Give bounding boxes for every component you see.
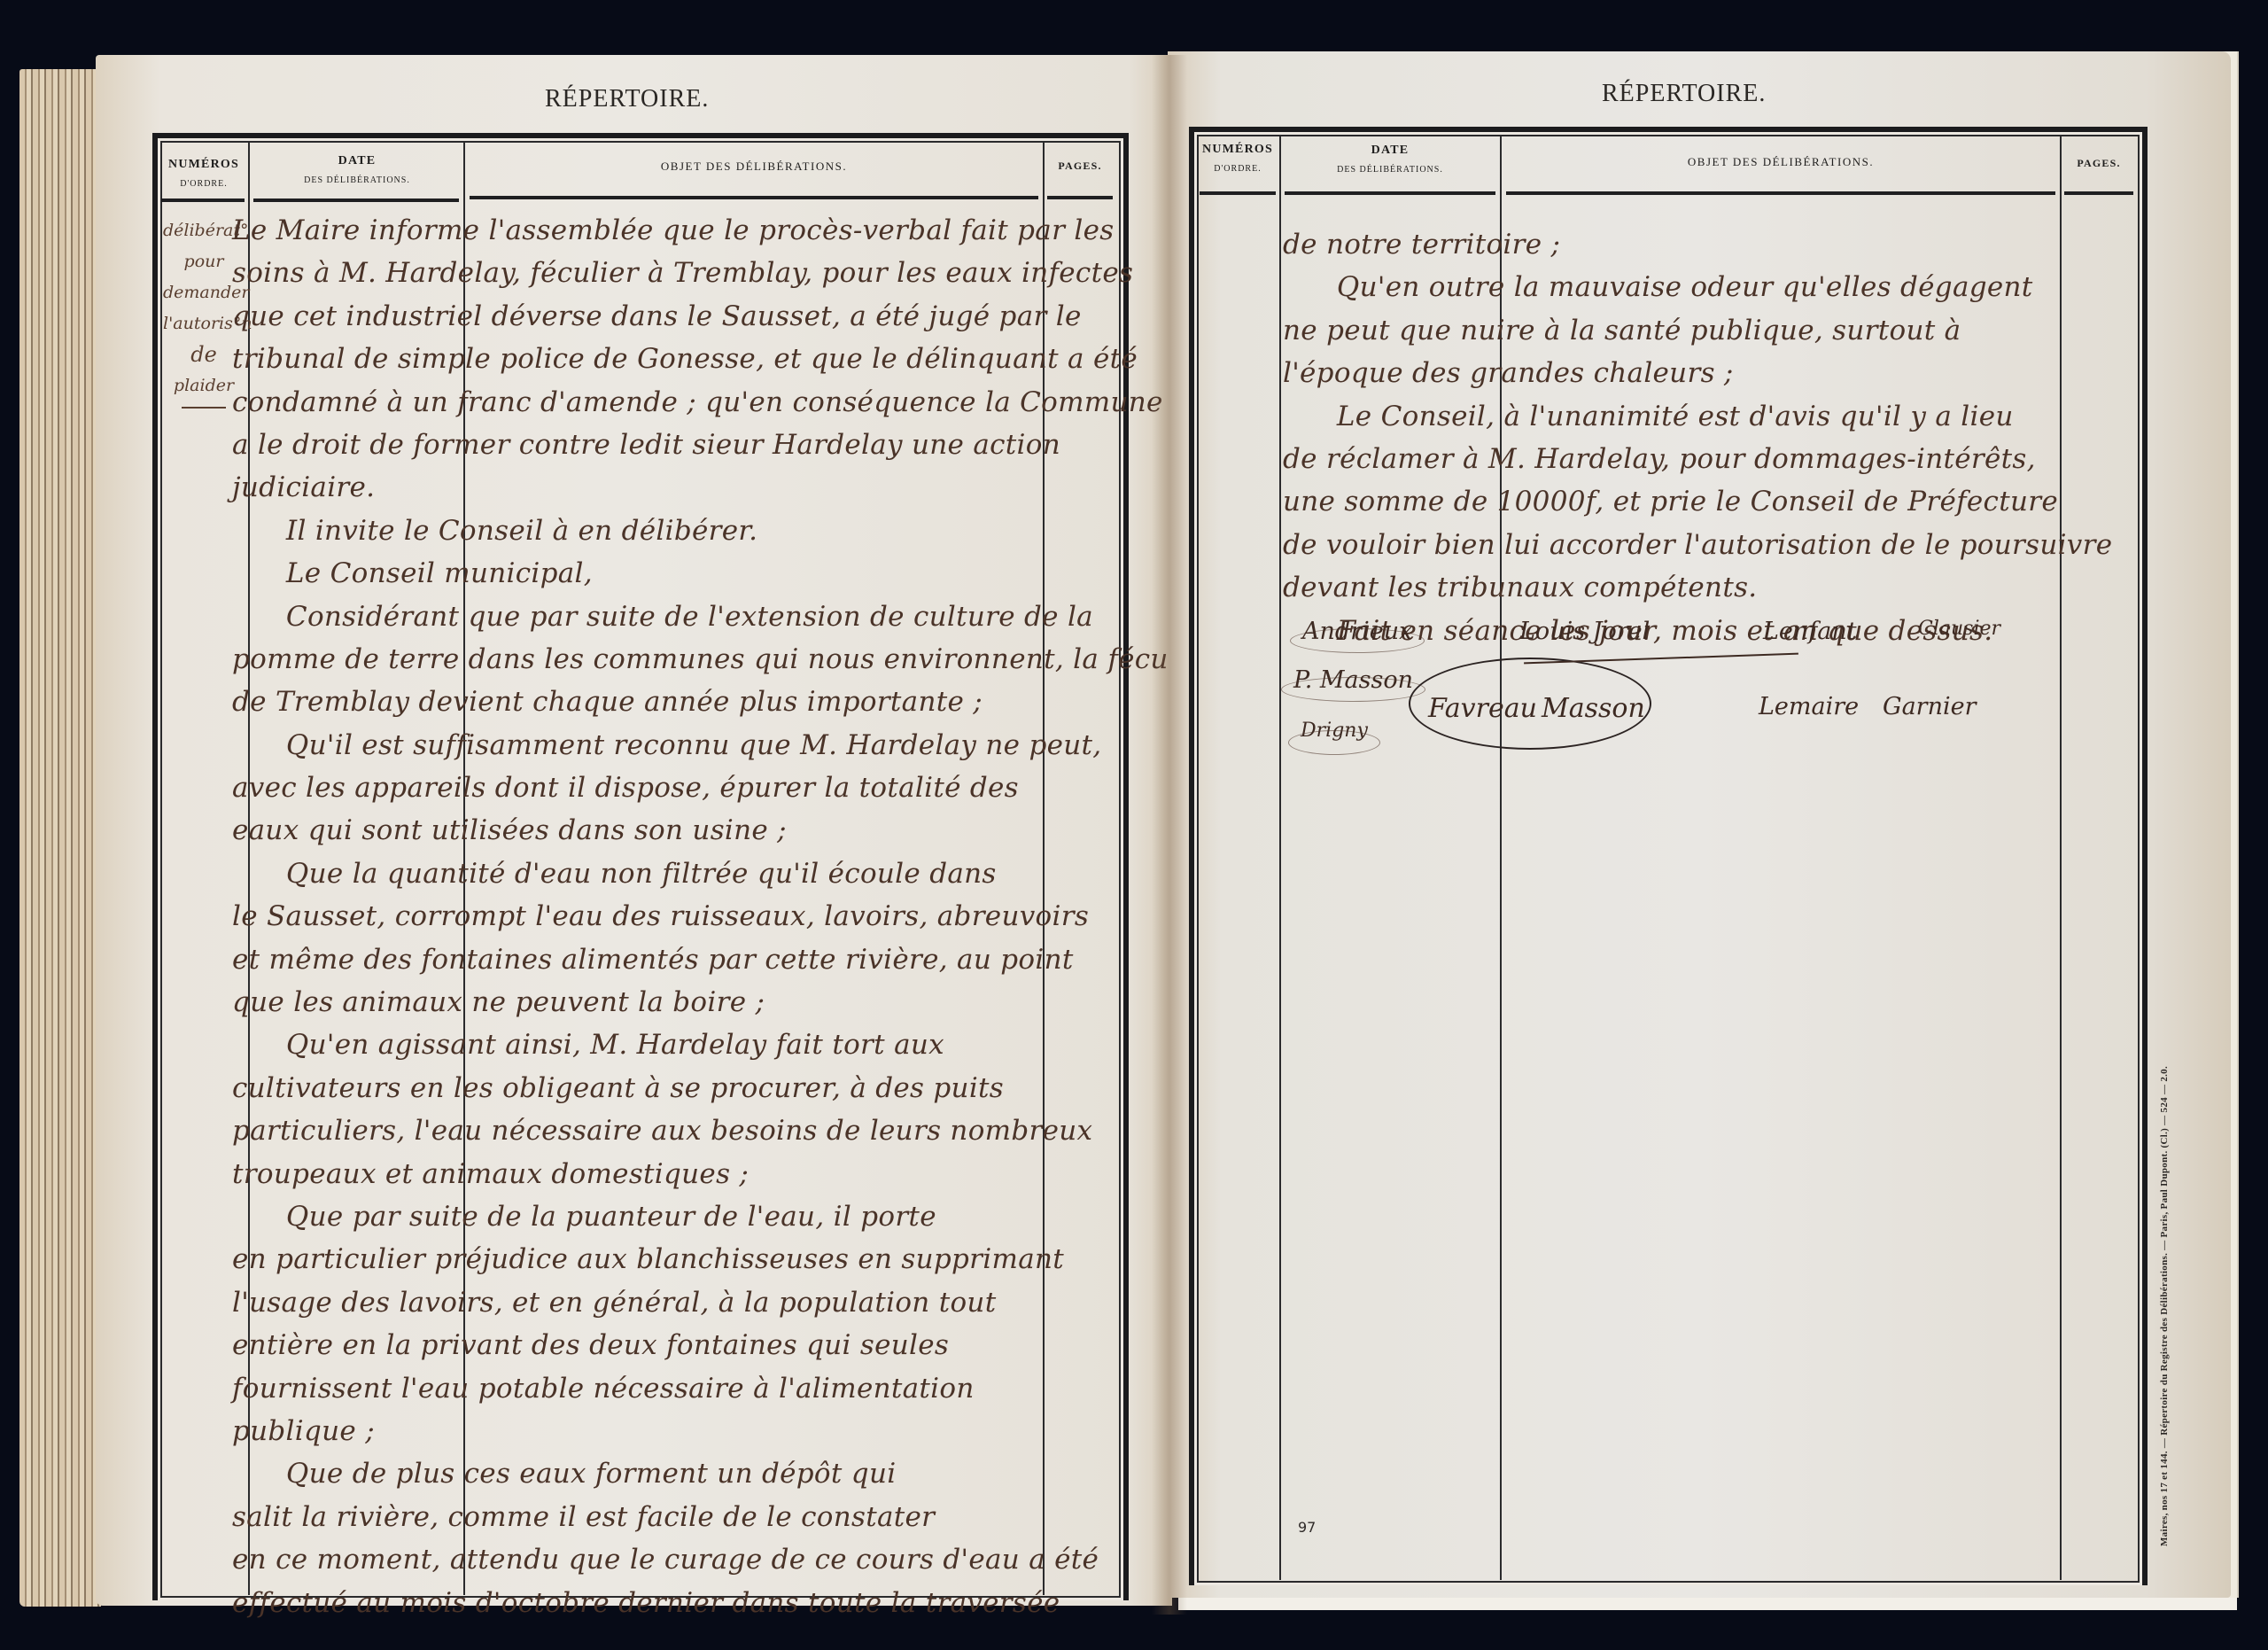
- text-line: soins à M. Hardelay, féculier à Tremblay…: [232, 252, 1233, 294]
- text-line: de réclamer à M. Hardelay, pour dommages…: [1283, 438, 2112, 480]
- text-line: Considérant que par suite de l'extension…: [232, 595, 1233, 638]
- right-header-rule-1: [1200, 191, 1276, 195]
- text-line: tribunal de simple police de Gonesse, et…: [232, 338, 1233, 380]
- text-line: fournissent l'eau potable nécessaire à l…: [232, 1367, 1233, 1410]
- book-gutter: [1152, 55, 1187, 1615]
- signature: Lemaire: [1759, 693, 1859, 720]
- right-header-rule-4: [2064, 191, 2133, 195]
- text-line: en ce moment, attendu que le curage de c…: [232, 1538, 1233, 1581]
- page-edges-stack: [19, 69, 101, 1607]
- text-line: que cet industriel déverse dans le Sauss…: [232, 295, 1233, 338]
- text-line: Qu'il est suffisamment reconnu que M. Ha…: [232, 724, 1233, 767]
- signature: Lenfant: [1763, 618, 1857, 645]
- text-line: une somme de 10000f, et prie le Conseil …: [1283, 480, 2112, 523]
- text-line: Que par suite de la puanteur de l'eau, i…: [232, 1195, 1233, 1238]
- text-line: particuliers, l'eau nécessaire aux besoi…: [232, 1109, 1233, 1152]
- text-line: avec les appareils dont il dispose, épur…: [232, 767, 1233, 809]
- open-register-book: RÉPERTOIRE. NUMÉROS D'ORDRE. DATE DES DÉ…: [0, 0, 2268, 1650]
- text-line: cultivateurs en les obligeant à se procu…: [232, 1067, 1233, 1109]
- left-header-rule-2: [253, 198, 459, 202]
- text-line: et même des fontaines alimentés par cett…: [232, 938, 1233, 981]
- text-line: Le Conseil municipal,: [232, 552, 1233, 595]
- text-line: devant les tribunaux compétents.: [1283, 566, 2112, 609]
- text-line: Il invite le Conseil à en délibérer.: [232, 510, 1233, 552]
- signature: Louis Jorel: [1519, 618, 1650, 645]
- left-header-rule-3: [470, 196, 1038, 199]
- printer-imprint: Maires, nos 17 et 144. — Répertoire du R…: [2159, 1066, 2170, 1546]
- left-page-handwritten-text: Le Maire informe l'assemblée que le proc…: [232, 209, 1233, 1624]
- text-line: ne peut que nuire à la santé publique, s…: [1283, 309, 2112, 352]
- text-line: que les animaux ne peuvent la boire ;: [232, 981, 1233, 1023]
- text-line: de Tremblay devient chaque année plus im…: [232, 681, 1233, 723]
- text-line: eaux qui sont utilisées dans son usine ;: [232, 809, 1233, 852]
- text-line: l'époque des grandes chaleurs ;: [1283, 352, 2112, 394]
- left-running-title: RÉPERTOIRE.: [545, 85, 709, 113]
- text-line: Que la quantité d'eau non filtrée qu'il …: [232, 852, 1233, 895]
- text-line: Que de plus ces eaux forment un dépôt qu…: [232, 1452, 1233, 1495]
- right-page-handwritten-text: de notre territoire ; Qu'en outre la mau…: [1283, 223, 2112, 652]
- text-line: salit la rivière, comme il est facile de…: [232, 1496, 1233, 1538]
- text-line: Qu'en agissant ainsi, M. Hardelay fait t…: [232, 1023, 1233, 1066]
- left-header-rule-4: [1047, 196, 1113, 199]
- right-header-pages: PAGES.: [2062, 157, 2136, 170]
- right-header-rule-2: [1285, 191, 1495, 195]
- signature-flourish-oval: [1409, 658, 1651, 750]
- text-line: judiciaire.: [232, 466, 1233, 509]
- right-header-rule-3: [1506, 191, 2055, 195]
- text-line: en particulier préjudice aux blanchisseu…: [232, 1238, 1233, 1280]
- right-col-divider-1: [1279, 136, 1281, 1580]
- left-header-pages: PAGES.: [1045, 160, 1115, 173]
- left-header-date: DATE DES DÉLIBÉRATIONS.: [251, 154, 463, 185]
- text-line: condamné à un franc d'amende ; qu'en con…: [232, 381, 1233, 424]
- text-line: Qu'en outre la mauvaise odeur qu'elles d…: [1283, 266, 2112, 308]
- text-line: de notre territoire ;: [1283, 223, 2112, 266]
- left-header-objet: OBJET DES DÉLIBÉRATIONS.: [465, 160, 1043, 174]
- right-header-numeros: NUMÉROS D'ORDRE.: [1196, 143, 1279, 174]
- folio-number: 97: [1298, 1519, 1316, 1536]
- text-line: troupeaux et animaux domestiques ;: [232, 1153, 1233, 1195]
- right-header-objet: OBJET DES DÉLIBÉRATIONS.: [1502, 155, 2060, 169]
- text-line: de vouloir bien lui accorder l'autorisat…: [1283, 524, 2112, 566]
- text-line: Le Conseil, à l'unanimité est d'avis qu'…: [1283, 395, 2112, 438]
- text-line: effectué au mois d'octobre dernier dans …: [232, 1582, 1233, 1624]
- text-line: publique ;: [232, 1410, 1233, 1452]
- left-header-numeros: NUMÉROS D'ORDRE.: [161, 158, 246, 189]
- text-line: l'usage des lavoirs, et en général, à la…: [232, 1281, 1233, 1324]
- signature: Andrieux: [1302, 618, 1412, 645]
- text-line: Le Maire informe l'assemblée que le proc…: [232, 209, 1233, 252]
- signature: Garnier: [1883, 693, 1976, 720]
- signature: Clausier: [1918, 618, 2000, 640]
- text-line: le Sausset, corrompt l'eau des ruisseaux…: [232, 895, 1233, 938]
- text-line: entière en la privant des deux fontaines…: [232, 1324, 1233, 1366]
- text-line: a le droit de former contre ledit sieur …: [232, 424, 1233, 466]
- right-header-date: DATE DES DÉLIBÉRATIONS.: [1281, 144, 1499, 175]
- signature: Drigny: [1301, 720, 1368, 742]
- right-running-title: RÉPERTOIRE.: [1602, 80, 1766, 108]
- bottom-flyleaf: [1178, 1598, 2237, 1610]
- signature: P. Masson: [1293, 666, 1413, 694]
- text-line: pomme de terre dans les communes qui nou…: [232, 638, 1233, 681]
- left-header-rule-1: [161, 198, 245, 202]
